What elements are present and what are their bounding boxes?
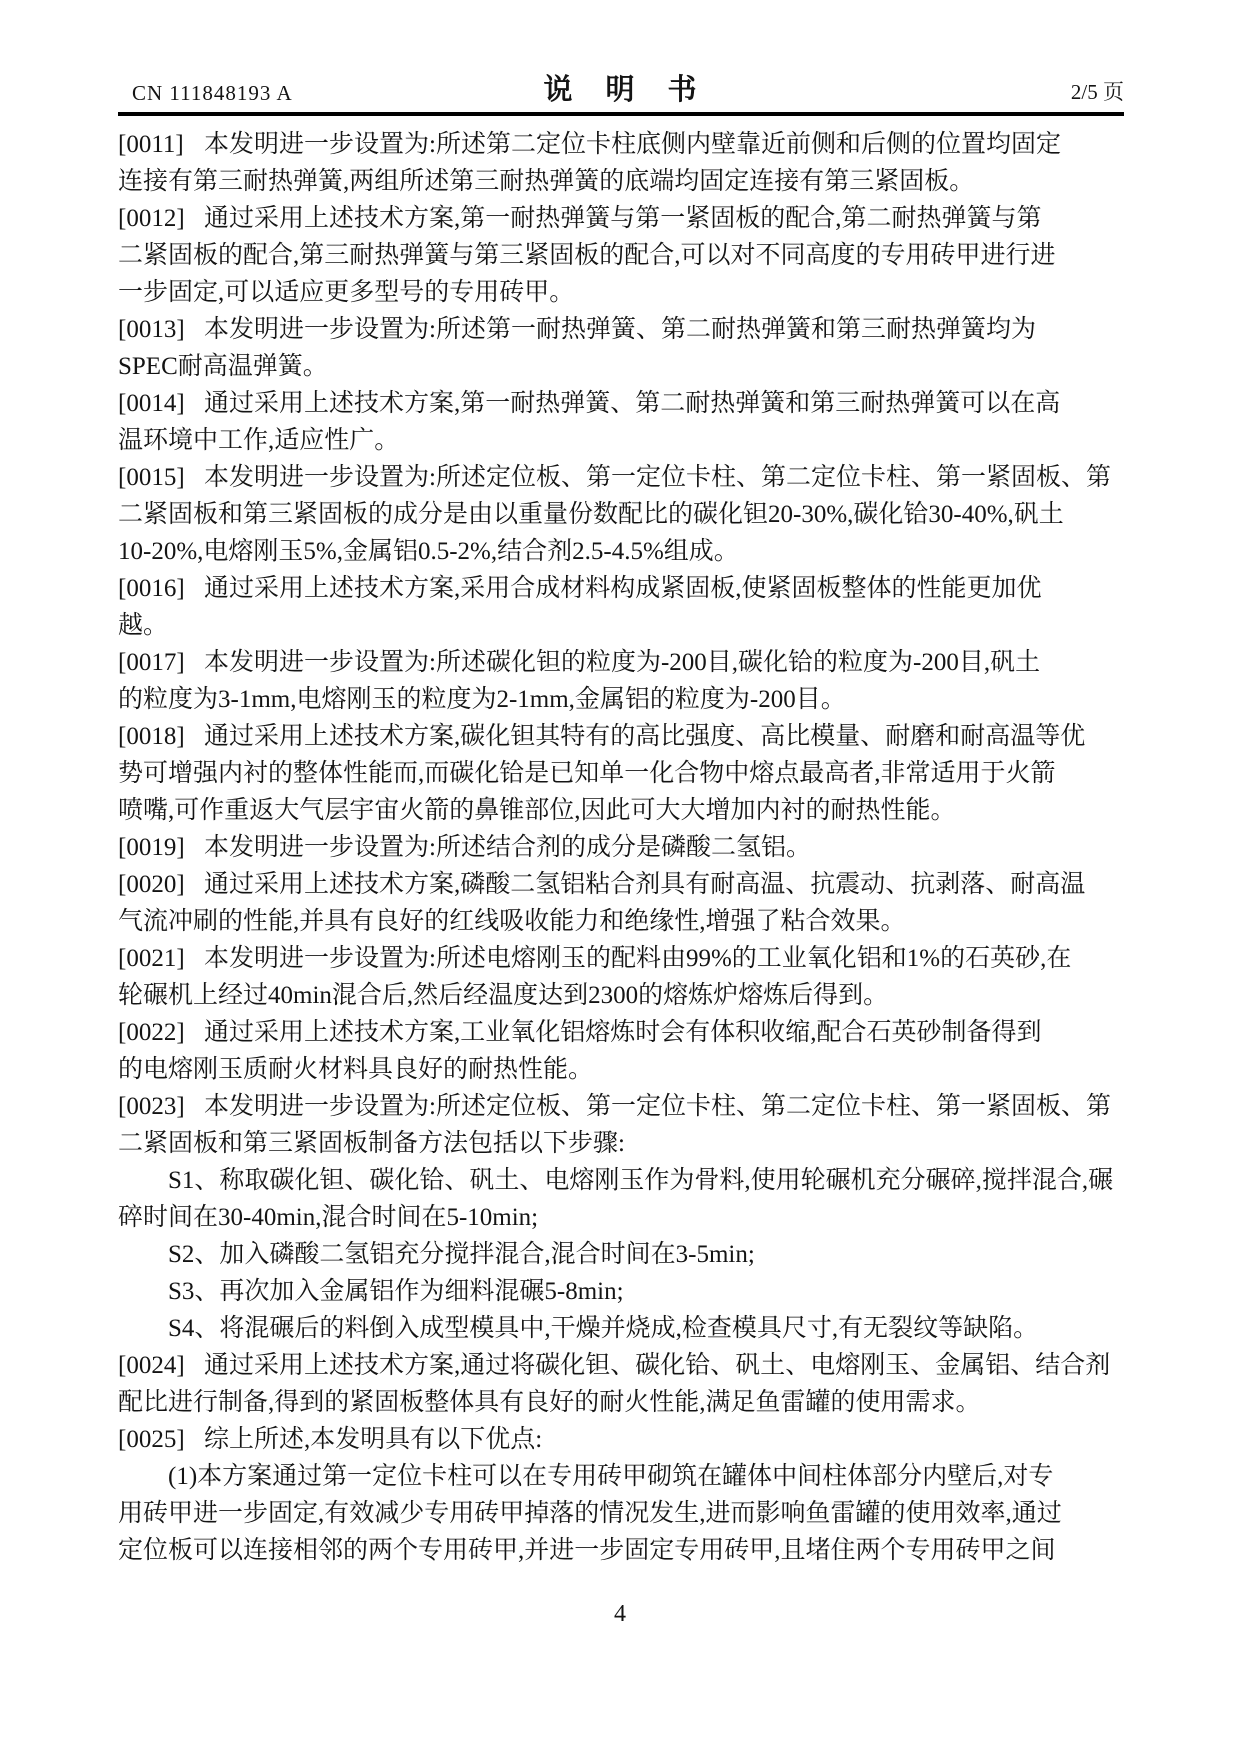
paragraph-text: 本发明进一步设置为:所述第二定位卡柱底侧内壁靠近前侧和后侧的位置均固定 (204, 131, 1061, 158)
text-line: 的电熔刚玉质耐火材料具良好的耐热性能。 (118, 1051, 1130, 1088)
header-rule (118, 112, 1124, 116)
text-line: 的粒度为3-1mm,电熔刚玉的粒度为2-1mm,金属铝的粒度为-200目。 (118, 681, 1130, 718)
paragraph-number: [0017] (118, 644, 204, 681)
paragraph-number: [0020] (118, 866, 204, 903)
text-line: 喷嘴,可作重返大气层宇宙火箭的鼻锥部位,因此可大大增加内衬的耐热性能。 (118, 792, 1130, 829)
document-title: 说 明 书 (118, 67, 1124, 108)
text-line: 二紧固板和第三紧固板的成分是由以重量份数配比的碳化钽20-30%,碳化铪30-4… (118, 496, 1130, 533)
paragraph-text: 通过采用上述技术方案,第一耐热弹簧、第二耐热弹簧和第三耐热弹簧可以在高 (204, 390, 1060, 417)
paragraph-text: 通过采用上述技术方案,第一耐热弹簧与第一紧固板的配合,第二耐热弹簧与第 (204, 205, 1042, 232)
text-line: [0023]本发明进一步设置为:所述定位板、第一定位卡柱、第二定位卡柱、第一紧固… (118, 1088, 1130, 1125)
text-line: 越。 (118, 607, 1130, 644)
text-line: [0020]通过采用上述技术方案,磷酸二氢铝粘合剂具有耐高温、抗震动、抗剥落、耐… (118, 866, 1130, 903)
paragraph-number: [0015] (118, 459, 204, 496)
text-line: 10-20%,电熔刚玉5%,金属铝0.5-2%,结合剂2.5-4.5%组成。 (118, 533, 1130, 570)
text-line: 二紧固板的配合,第三耐热弹簧与第三紧固板的配合,可以对不同高度的专用砖甲进行进 (118, 237, 1130, 274)
text-line: [0017]本发明进一步设置为:所述碳化钽的粒度为-200目,碳化铪的粒度为-2… (118, 644, 1130, 681)
footer-page-number: 4 (0, 1601, 1240, 1628)
paragraph-number: [0013] (118, 311, 204, 348)
paragraph-text: 本发明进一步设置为:所述第一耐热弹簧、第二耐热弹簧和第三耐热弹簧均为 (204, 316, 1036, 343)
text-line: [0013]本发明进一步设置为:所述第一耐热弹簧、第二耐热弹簧和第三耐热弹簧均为 (118, 311, 1130, 348)
page-header: CN 111848193 A 说 明 书 2/5 页 (118, 70, 1124, 108)
text-line: [0024]通过采用上述技术方案,通过将碳化钽、碳化铪、矾土、电熔刚玉、金属铝、… (118, 1347, 1130, 1384)
text-line: 二紧固板和第三紧固板制备方法包括以下步骤: (118, 1125, 1130, 1162)
paragraph-text: 本发明进一步设置为:所述电熔刚玉的配料由99%的工业氧化铝和1%的石英砂,在 (204, 945, 1071, 972)
paragraph-text: 本发明进一步设置为:所述定位板、第一定位卡柱、第二定位卡柱、第一紧固板、第 (204, 464, 1111, 491)
text-line: 定位板可以连接相邻的两个专用砖甲,并进一步固定专用砖甲,且堵住两个专用砖甲之间 (118, 1532, 1130, 1569)
text-line: S3、再次加入金属铝作为细料混碾5-8min; (118, 1273, 1130, 1310)
text-line: SPEC耐高温弹簧。 (118, 348, 1130, 385)
document-body: [0011]本发明进一步设置为:所述第二定位卡柱底侧内壁靠近前侧和后侧的位置均固… (118, 126, 1130, 1569)
paragraph-text: 本发明进一步设置为:所述定位板、第一定位卡柱、第二定位卡柱、第一紧固板、第 (204, 1093, 1111, 1120)
text-line: 温环境中工作,适应性广。 (118, 422, 1130, 459)
text-line: S4、将混碾后的料倒入成型模具中,干燥并烧成,检查模具尺寸,有无裂纹等缺陷。 (118, 1310, 1130, 1347)
text-line: 势可增强内衬的整体性能而,而碳化铪是已知单一化合物中熔点最高者,非常适用于火箭 (118, 755, 1130, 792)
paragraph-number: [0022] (118, 1014, 204, 1051)
text-line: [0014]通过采用上述技术方案,第一耐热弹簧、第二耐热弹簧和第三耐热弹簧可以在… (118, 385, 1130, 422)
text-line: 轮碾机上经过40min混合后,然后经温度达到2300的熔炼炉熔炼后得到。 (118, 977, 1130, 1014)
paragraph-number: [0018] (118, 718, 204, 755)
paragraph-text: 本发明进一步设置为:所述碳化钽的粒度为-200目,碳化铪的粒度为-200目,矾土 (204, 649, 1040, 676)
paragraph-number: [0012] (118, 200, 204, 237)
text-line: [0018]通过采用上述技术方案,碳化钽其特有的高比强度、高比模量、耐磨和耐高温… (118, 718, 1130, 755)
text-line: (1)本方案通过第一定位卡柱可以在专用砖甲砌筑在罐体中间柱体部分内壁后,对专 (118, 1458, 1130, 1495)
paragraph-text: 通过采用上述技术方案,工业氧化铝熔炼时会有体积收缩,配合石英砂制备得到 (204, 1019, 1042, 1046)
paragraph-number: [0016] (118, 570, 204, 607)
text-line: [0011]本发明进一步设置为:所述第二定位卡柱底侧内壁靠近前侧和后侧的位置均固… (118, 126, 1130, 163)
paragraph-text: 通过采用上述技术方案,碳化钽其特有的高比强度、高比模量、耐磨和耐高温等优 (204, 723, 1085, 750)
paragraph-number: [0024] (118, 1347, 204, 1384)
text-line: 配比进行制备,得到的紧固板整体具有良好的耐火性能,满足鱼雷罐的使用需求。 (118, 1384, 1130, 1421)
paragraph-number: [0025] (118, 1421, 204, 1458)
text-line: [0021]本发明进一步设置为:所述电熔刚玉的配料由99%的工业氧化铝和1%的石… (118, 940, 1130, 977)
paragraph-number: [0021] (118, 940, 204, 977)
paragraph-text: 通过采用上述技术方案,采用合成材料构成紧固板,使紧固板整体的性能更加优 (204, 575, 1042, 602)
text-line: [0022]通过采用上述技术方案,工业氧化铝熔炼时会有体积收缩,配合石英砂制备得… (118, 1014, 1130, 1051)
paragraph-number: [0023] (118, 1088, 204, 1125)
patent-page: CN 111848193 A 说 明 书 2/5 页 [0011]本发明进一步设… (0, 0, 1240, 1754)
paragraph-number: [0019] (118, 829, 204, 866)
paragraph-text: 通过采用上述技术方案,磷酸二氢铝粘合剂具有耐高温、抗震动、抗剥落、耐高温 (204, 871, 1085, 898)
text-line: 一步固定,可以适应更多型号的专用砖甲。 (118, 274, 1130, 311)
text-line: [0015]本发明进一步设置为:所述定位板、第一定位卡柱、第二定位卡柱、第一紧固… (118, 459, 1130, 496)
paragraph-number: [0014] (118, 385, 204, 422)
text-line: [0016]通过采用上述技术方案,采用合成材料构成紧固板,使紧固板整体的性能更加… (118, 570, 1130, 607)
text-line: [0025]综上所述,本发明具有以下优点: (118, 1421, 1130, 1458)
paragraph-text: 通过采用上述技术方案,通过将碳化钽、碳化铪、矾土、电熔刚玉、金属铝、结合剂 (204, 1352, 1110, 1379)
text-line: S1、称取碳化钽、碳化铪、矾土、电熔刚玉作为骨料,使用轮碾机充分碾碎,搅拌混合,… (118, 1162, 1130, 1199)
page-indicator: 2/5 页 (1071, 76, 1124, 106)
text-line: 碎时间在30-40min,混合时间在5-10min; (118, 1199, 1130, 1236)
text-line: [0019]本发明进一步设置为:所述结合剂的成分是磷酸二氢铝。 (118, 829, 1130, 866)
text-line: 连接有第三耐热弹簧,两组所述第三耐热弹簧的底端均固定连接有第三紧固板。 (118, 163, 1130, 200)
paragraph-text: 本发明进一步设置为:所述结合剂的成分是磷酸二氢铝。 (204, 834, 811, 861)
paragraph-number: [0011] (118, 126, 204, 163)
text-line: [0012]通过采用上述技术方案,第一耐热弹簧与第一紧固板的配合,第二耐热弹簧与… (118, 200, 1130, 237)
text-line: S2、加入磷酸二氢铝充分搅拌混合,混合时间在3-5min; (118, 1236, 1130, 1273)
paragraph-text: 综上所述,本发明具有以下优点: (204, 1426, 542, 1453)
text-line: 气流冲刷的性能,并具有良好的红线吸收能力和绝缘性,增强了粘合效果。 (118, 903, 1130, 940)
text-line: 用砖甲进一步固定,有效减少专用砖甲掉落的情况发生,进而影响鱼雷罐的使用效率,通过 (118, 1495, 1130, 1532)
